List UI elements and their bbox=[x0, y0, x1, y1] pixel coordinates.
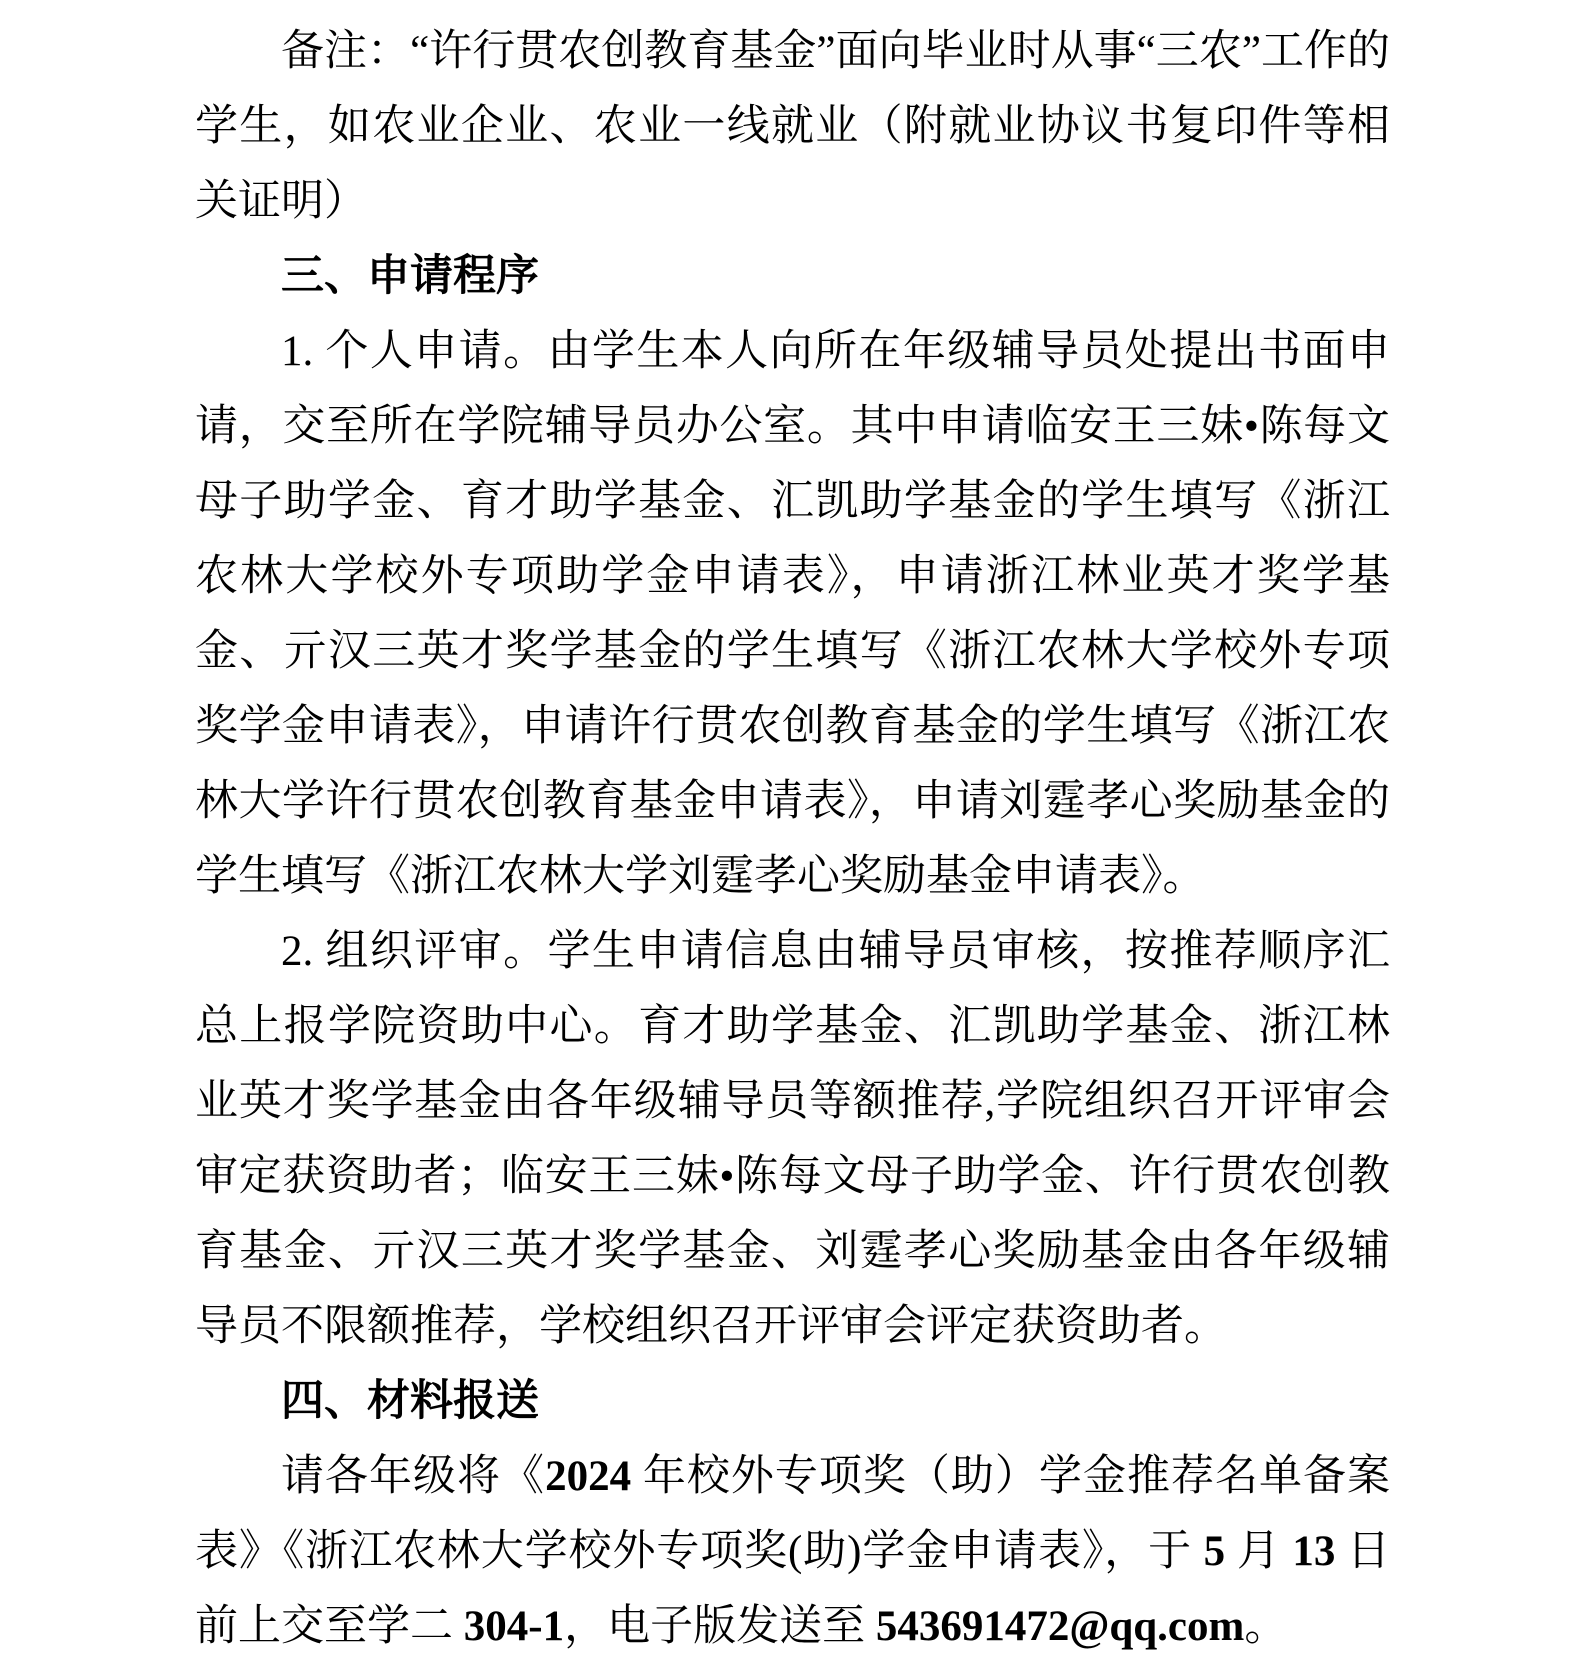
note-paragraph: 备注：“许行贯农创教育基金”面向毕业时从事“三农”工作的学生，如农业企业、农业一… bbox=[195, 14, 1390, 239]
para-material-submission-run-8: ，电子版发送至 bbox=[564, 1603, 876, 1650]
section-4-heading-run-0: 四、材料报送 bbox=[281, 1377, 539, 1425]
para-material-submission-run-3: 5 bbox=[1204, 1528, 1226, 1575]
section-4-heading: 四、材料报送 bbox=[195, 1364, 1390, 1439]
para-material-submission-run-9: 543691472@qq.com bbox=[876, 1603, 1244, 1650]
document-body: 备注：“许行贯农创教育基金”面向毕业时从事“三农”工作的学生，如农业企业、农业一… bbox=[195, 14, 1390, 1664]
section-3-heading-run-0: 三、申请程序 bbox=[281, 252, 539, 300]
para-material-submission: 请各年级将《2024 年校外专项奖（助）学金推荐名单备案表》《浙江农林大学校外专… bbox=[195, 1439, 1390, 1664]
para-material-submission-run-4: 月 bbox=[1225, 1528, 1292, 1575]
para-material-submission-run-1: 2024 bbox=[545, 1453, 631, 1500]
para-organized-review: 2. 组织评审。学生申请信息由辅导员审核，按推荐顺序汇总上报学院资助中心。育才助… bbox=[195, 914, 1390, 1364]
para-material-submission-run-5: 13 bbox=[1292, 1528, 1335, 1575]
para-material-submission-run-10: 。 bbox=[1244, 1603, 1287, 1650]
para-material-submission-run-0: 请各年级将《 bbox=[281, 1453, 545, 1500]
section-3-heading: 三、申请程序 bbox=[195, 239, 1390, 314]
note-paragraph-run-0: 备注：“许行贯农创教育基金”面向毕业时从事“三农”工作的学生，如农业企业、农业一… bbox=[195, 28, 1390, 225]
para-individual-application-run-0: 1. 个人申请。由学生本人向所在年级辅导员处提出书面申请，交至所在学院辅导员办公… bbox=[195, 328, 1390, 900]
para-organized-review-run-0: 2. 组织评审。学生申请信息由辅导员审核，按推荐顺序汇总上报学院资助中心。育才助… bbox=[195, 928, 1390, 1350]
para-material-submission-run-7: 304-1 bbox=[464, 1603, 564, 1650]
document-page: 备注：“许行贯农创教育基金”面向毕业时从事“三农”工作的学生，如农业企业、农业一… bbox=[0, 0, 1587, 1669]
para-individual-application: 1. 个人申请。由学生本人向所在年级辅导员处提出书面申请，交至所在学院辅导员办公… bbox=[195, 314, 1390, 914]
